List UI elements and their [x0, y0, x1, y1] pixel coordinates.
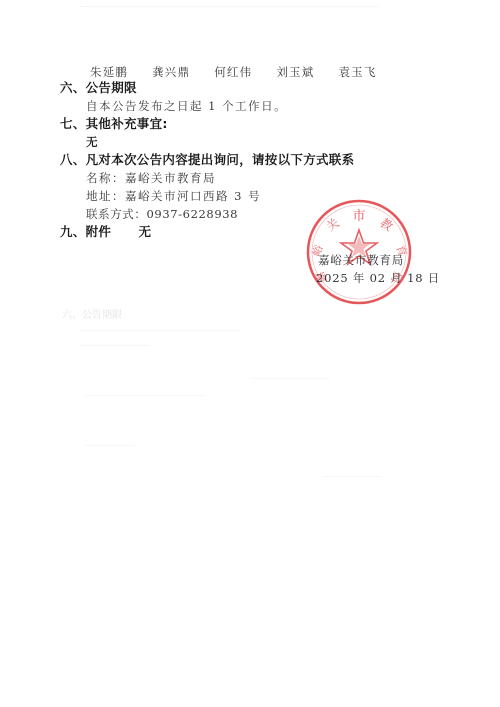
- name-item: 袁玉飞: [338, 64, 376, 80]
- signature-organization: 嘉峪关市教育局: [318, 252, 404, 268]
- section-heading-attachments: 九、附件 无: [60, 224, 151, 240]
- svg-text:关: 关: [324, 216, 342, 234]
- signature-date: 2025 年 02 月 18 日: [316, 270, 440, 286]
- document-page: 朱延鹏 龚兴鼎 何红伟 刘玉斌 袁玉飞 六、公告期限 自本公告发布之日起 1 个…: [0, 0, 500, 707]
- svg-text:教: 教: [377, 215, 395, 234]
- section-heading-contact: 八、凡对本次公告内容提出询问，请按以下方式联系: [60, 152, 354, 168]
- bleed-through-line: [80, 330, 240, 331]
- publication-period-text: 自本公告发布之日起 1 个工作日。: [86, 98, 287, 114]
- name-item: 刘玉斌: [276, 64, 314, 80]
- bleed-through-line: [80, 345, 150, 346]
- bleed-through-top: [80, 6, 380, 17]
- name-item: 何红伟: [214, 64, 252, 80]
- section-heading-other-matters: 七、其他补充事宜:: [60, 116, 168, 132]
- contact-phone: 联系方式：0937-6228938: [86, 206, 238, 222]
- bleed-through-line: [322, 476, 382, 477]
- name-item: 龚兴鼎: [152, 64, 190, 80]
- bleed-through-line: [85, 445, 135, 446]
- section-heading-publication-period: 六、公告期限: [60, 80, 137, 96]
- contact-name: 名称：嘉峪关市教育局: [86, 170, 216, 186]
- svg-text:市: 市: [352, 209, 365, 224]
- names-row: 朱延鹏 龚兴鼎 何红伟 刘玉斌 袁玉飞: [90, 64, 377, 80]
- bleed-through-line: [85, 395, 205, 396]
- attachments-label: 九、附件: [60, 224, 111, 239]
- bleed-through-heading: 六、公告期限: [62, 306, 122, 321]
- name-item: 朱延鹏: [90, 64, 128, 80]
- contact-address: 地址：嘉峪关市河口西路 3 号: [86, 188, 261, 204]
- bleed-through-line: [250, 378, 330, 379]
- other-matters-text: 无: [86, 134, 99, 150]
- attachments-value: 无: [139, 224, 152, 239]
